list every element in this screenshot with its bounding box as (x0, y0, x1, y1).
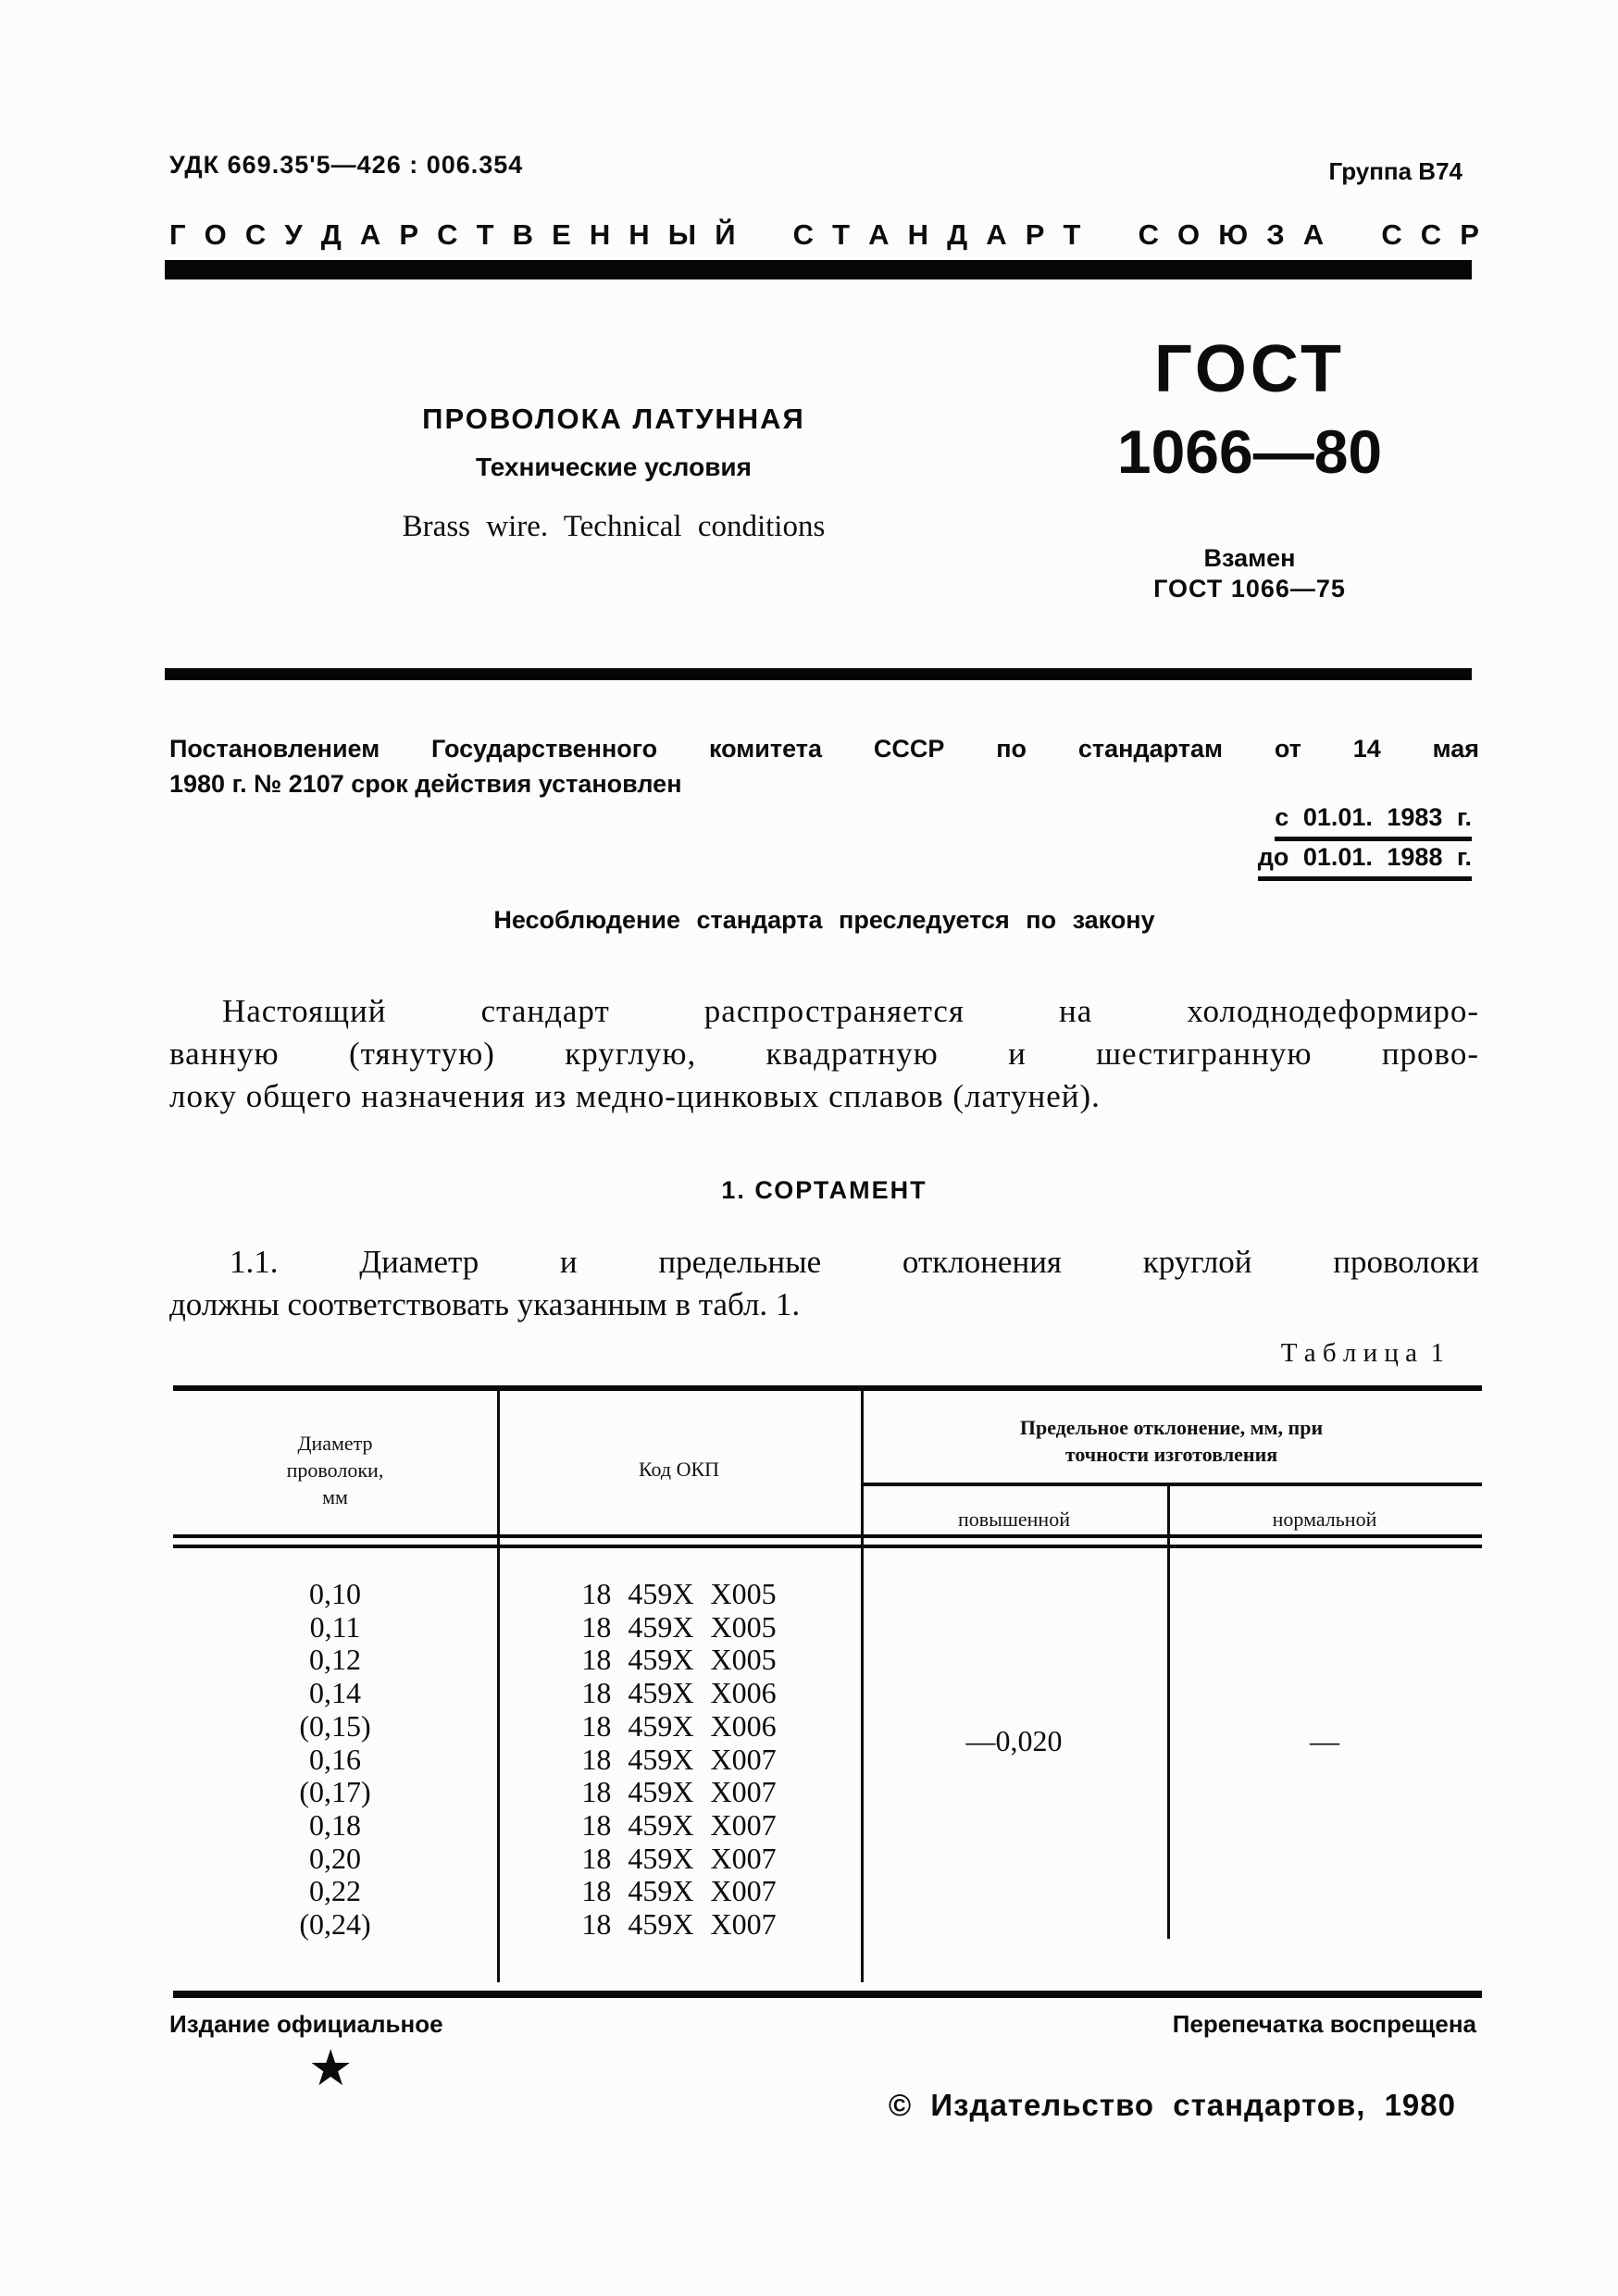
diameter-cell: (0,24) (173, 1908, 497, 1942)
okp-code-cell: 18 459X X007 (497, 1744, 861, 1777)
state-standard-banner: ГОСУДАРСТВЕННЫЙ СТАНДАРТ СОЮЗА ССР (169, 218, 1479, 252)
standard-title-ru: ПРОВОЛОКА ЛАТУННАЯ (169, 403, 1058, 436)
reprint-notice: Перепечатка воспрещена (169, 2010, 1476, 2039)
diameter-cell: (0,17) (173, 1776, 497, 1809)
deviation-header-line-2: точности изготовления (861, 1441, 1482, 1468)
diameter-cell: 0,10 (173, 1578, 497, 1611)
deviation-increased-subheader: повышенной (861, 1506, 1167, 1533)
group-label: Группа В74 (169, 157, 1462, 186)
table-top-border (173, 1385, 1482, 1391)
law-notice: Несоблюдение стандарта преследуется по з… (169, 906, 1479, 935)
standard-subtitle-ru: Технические условия (169, 453, 1058, 482)
diameter-values-column: 0,10 0,11 0,12 0,14 (0,15) 0,16 (0,17) 0… (173, 1578, 497, 1942)
diameter-header-line-2: проволоки, (173, 1457, 497, 1483)
okp-code-cell: 18 459X X007 (497, 1809, 861, 1843)
valid-until-text: до 01.01. 1988 г. (1258, 843, 1472, 881)
valid-from-text: с 01.01. 1983 г. (1275, 803, 1472, 841)
okp-code-cell: 18 459X X007 (497, 1875, 861, 1908)
okp-code-cell: 18 459X X007 (497, 1776, 861, 1809)
okp-code-cell: 18 459X X007 (497, 1908, 861, 1942)
deviation-column-header: Предельное отклонение, мм, при точности … (861, 1414, 1482, 1468)
diameter-header-line-1: Диаметр (173, 1430, 497, 1457)
gost-number: 1066—80 (1027, 416, 1472, 487)
header-double-rule-top (173, 1534, 1482, 1538)
okp-code-cell: 18 459X X005 (497, 1578, 861, 1611)
section-1-heading: 1. СОРТАМЕНТ (169, 1176, 1479, 1205)
okp-code-values-column: 18 459X X005 18 459X X005 18 459X X005 1… (497, 1578, 861, 1942)
intro-line-1: Настоящий стандарт распространяется на х… (169, 993, 1479, 1030)
copyright-line: © Издательство стандартов, 1980 (169, 2088, 1456, 2123)
deviation-increased-value: —0,020 (861, 1724, 1167, 1758)
star-icon: ★ (308, 2043, 353, 2093)
gost-label: ГОСТ (1027, 331, 1472, 407)
decree-line-2: 1980 г. № 2107 срок действия установлен (169, 770, 1479, 799)
banner-divider-bar (165, 260, 1472, 279)
deviation-normal-subheader: нормальной (1167, 1506, 1482, 1533)
deviation-subheader-divider (861, 1483, 1482, 1486)
deviation-header-line-1: Предельное отклонение, мм, при (861, 1414, 1482, 1441)
table-column-divider-3 (1167, 1483, 1170, 1939)
valid-until-date: до 01.01. 1988 г. (169, 843, 1472, 881)
intro-line-2: ванную (тянутую) круглую, квадратную и ш… (169, 1036, 1479, 1073)
clause-1-1-line-2: должны соответствовать указанным в табл.… (169, 1286, 1479, 1323)
decree-line-1: Постановлением Государственного комитета… (169, 735, 1479, 763)
diameter-header-line-3: мм (173, 1483, 497, 1510)
standard-title-en: Brass wire. Technical conditions (169, 510, 1058, 544)
table-caption: Т а б л и ц а 1 (169, 1338, 1444, 1369)
okp-code-column-header: Код ОКП (497, 1456, 861, 1483)
diameter-cell: 0,14 (173, 1677, 497, 1710)
okp-code-cell: 18 459X X006 (497, 1677, 861, 1710)
deviation-normal-value: — (1167, 1724, 1482, 1758)
valid-from-date: с 01.01. 1983 г. (169, 803, 1472, 841)
okp-code-cell: 18 459X X007 (497, 1843, 861, 1876)
diameter-cell: (0,15) (173, 1710, 497, 1744)
diameter-cell: 0,18 (173, 1809, 497, 1843)
replaces-label: Взамен (1027, 544, 1472, 573)
diameter-cell: 0,20 (173, 1843, 497, 1876)
diameter-column-header: Диаметр проволоки, мм (173, 1430, 497, 1510)
okp-code-cell: 18 459X X006 (497, 1710, 861, 1744)
header-double-rule-bottom (173, 1545, 1482, 1548)
table-column-divider-2 (861, 1391, 864, 1982)
okp-code-cell: 18 459X X005 (497, 1611, 861, 1644)
diameter-cell: 0,22 (173, 1875, 497, 1908)
section-divider-bar (165, 668, 1472, 680)
diameter-cell: 0,16 (173, 1744, 497, 1777)
okp-code-cell: 18 459X X005 (497, 1644, 861, 1677)
table-1: Диаметр проволоки, мм Код ОКП Предельное… (173, 1385, 1482, 1998)
replaces-number: ГОСТ 1066—75 (1027, 575, 1472, 603)
table-bottom-border (173, 1991, 1482, 1998)
clause-1-1-line-1: 1.1. Диаметр и предельные отклонения кру… (169, 1244, 1479, 1281)
diameter-cell: 0,11 (173, 1611, 497, 1644)
diameter-cell: 0,12 (173, 1644, 497, 1677)
gost-document-page: УДК 669.35'5—426 : 006.354 Группа В74 ГО… (0, 0, 1618, 2296)
intro-line-3: локу общего назначения из медно-цинковых… (169, 1078, 1479, 1115)
